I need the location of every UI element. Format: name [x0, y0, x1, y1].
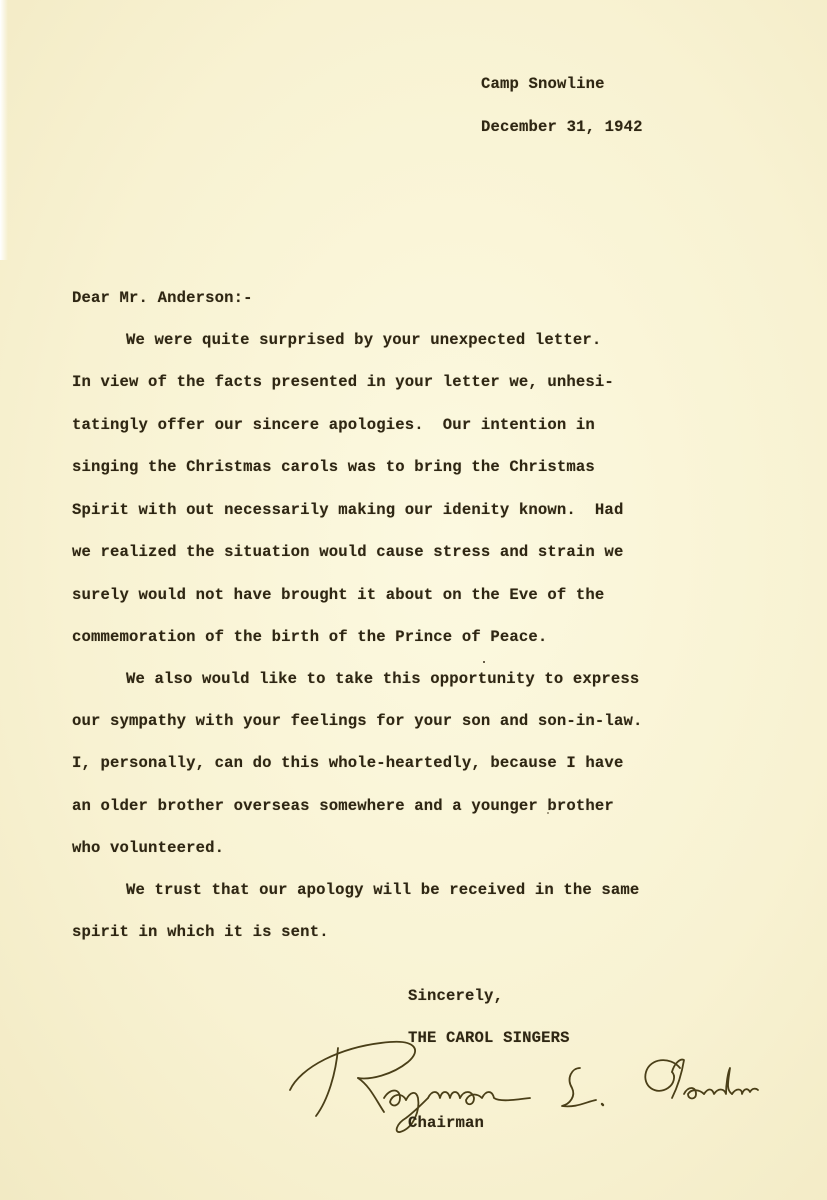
body-line: surely would not have brought it about o…: [72, 585, 604, 605]
letter-location: Camp Snowline: [481, 74, 605, 94]
page-edge-highlight: [0, 0, 8, 260]
body-line: commemoration of the birth of the Prince…: [72, 627, 547, 647]
body-line: In view of the facts presented in your l…: [72, 372, 614, 392]
handwritten-signature: [280, 1028, 760, 1138]
body-line: We also would like to take this opportun…: [126, 669, 639, 689]
paper-speck: [483, 661, 485, 663]
salutation: Dear Mr. Anderson:-: [72, 288, 253, 308]
body-line: tatingly offer our sincere apologies. Ou…: [72, 415, 595, 435]
letter-page: Camp Snowline December 31, 1942 Dear Mr.…: [0, 0, 827, 1200]
body-line: I, personally, can do this whole-hearted…: [72, 753, 623, 773]
body-line: an older brother overseas somewhere and …: [72, 796, 614, 816]
body-line: we realized the situation would cause st…: [72, 542, 623, 562]
body-line: spirit in which it is sent.: [72, 922, 329, 942]
valediction: Sincerely,: [408, 986, 503, 1006]
body-line: We trust that our apology will be receiv…: [126, 880, 639, 900]
body-line: who volunteered.: [72, 838, 224, 858]
body-line: singing the Christmas carols was to brin…: [72, 457, 595, 477]
body-line: We were quite surprised by your unexpect…: [126, 330, 601, 350]
letter-date: December 31, 1942: [481, 117, 643, 137]
body-line: our sympathy with your feelings for your…: [72, 711, 642, 731]
body-line: Spirit with out necessarily making our i…: [72, 500, 623, 520]
signatory-title: Chairman: [408, 1113, 484, 1133]
paper-speck: [547, 812, 549, 814]
